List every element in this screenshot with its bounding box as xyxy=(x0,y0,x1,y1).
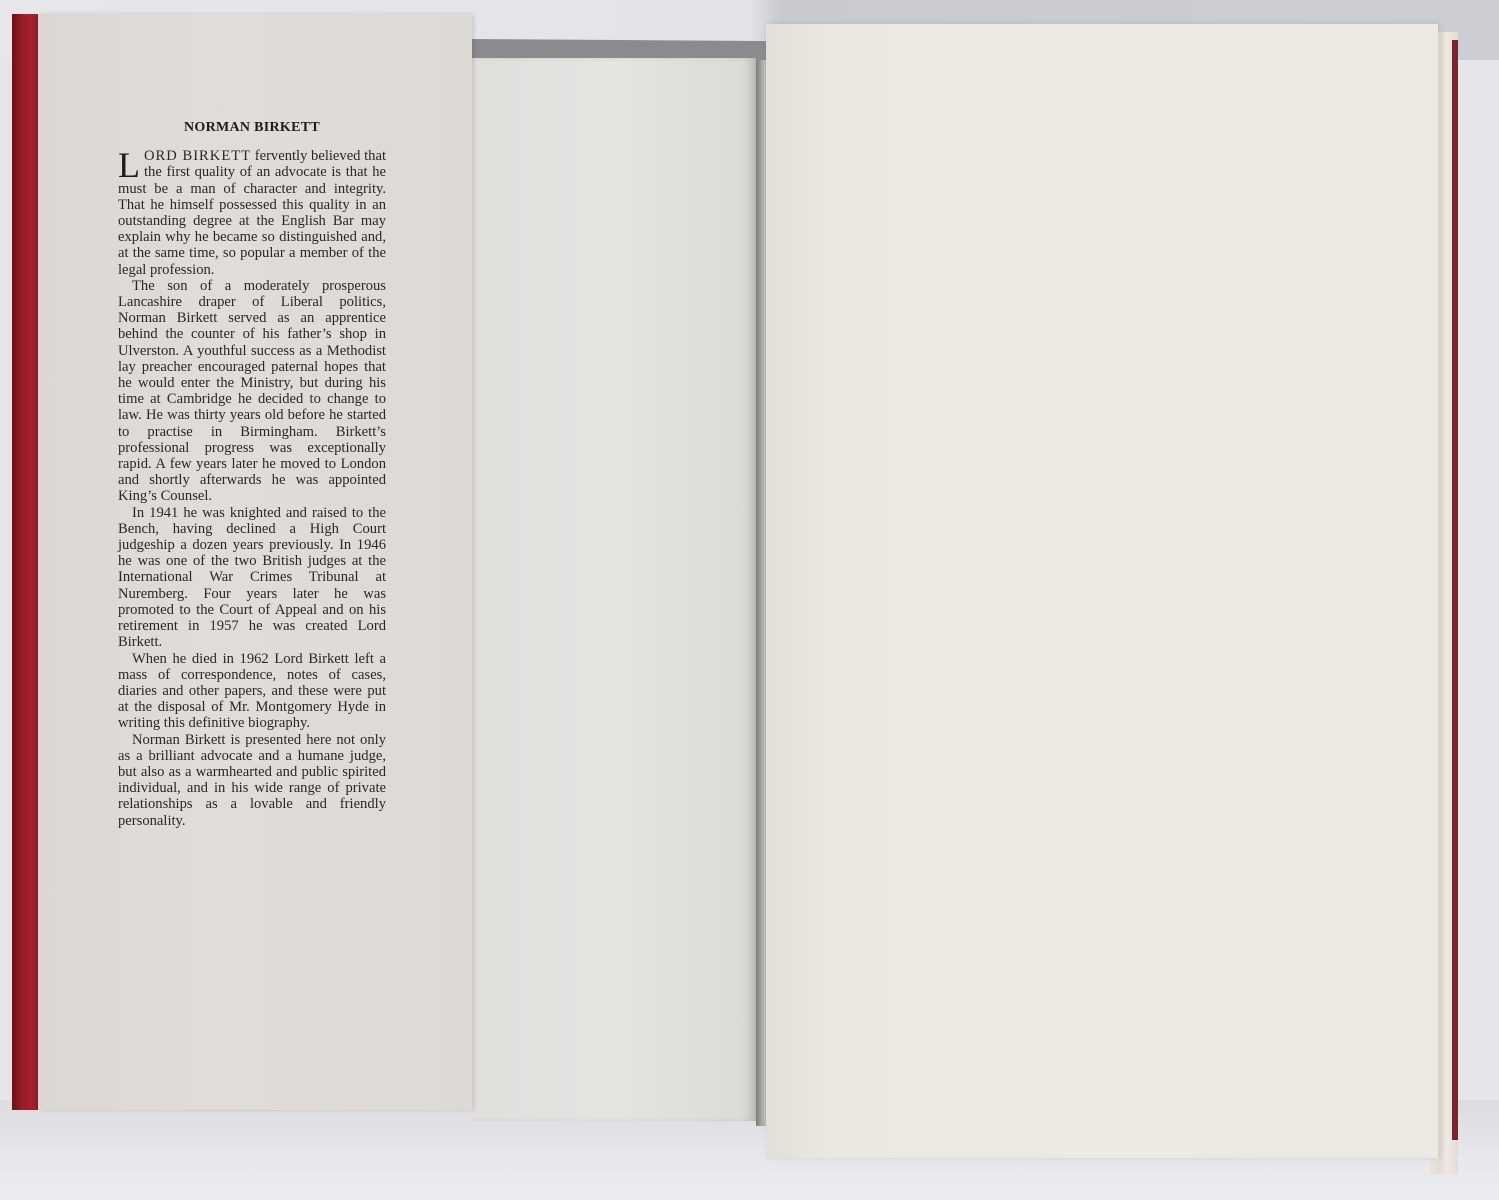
front-pastedown-endpaper xyxy=(472,58,756,1121)
back-jacket-red-edge xyxy=(1452,40,1458,1140)
blurb-paragraph: When he died in 1962 Lord Birkett left a… xyxy=(118,651,386,732)
blurb-paragraph: The son of a moderately prosperous Lanca… xyxy=(118,278,386,505)
blurb-paragraph: In 1941 he was knighted and raised to th… xyxy=(118,505,386,651)
flap-title: NORMAN BIRKETT xyxy=(118,120,386,136)
dust-jacket-red-spine-edge xyxy=(12,14,40,1110)
drop-cap: L xyxy=(118,150,140,180)
jacket-flap-blurb: NORMAN BIRKETT LORD BIRKETT fervently be… xyxy=(118,120,386,829)
blank-flyleaf-page: 𝓂 xyxy=(766,24,1438,1158)
pencil-mark: ⁄ xyxy=(222,100,224,115)
blurb-paragraph: Norman Birkett is presented here not onl… xyxy=(118,732,386,829)
blurb-paragraph: LORD BIRKETT fervently believed that the… xyxy=(118,148,386,278)
lead-small-caps: ORD BIRKETT xyxy=(144,148,251,164)
blurb-text: fervently believed that the first qualit… xyxy=(118,148,386,277)
